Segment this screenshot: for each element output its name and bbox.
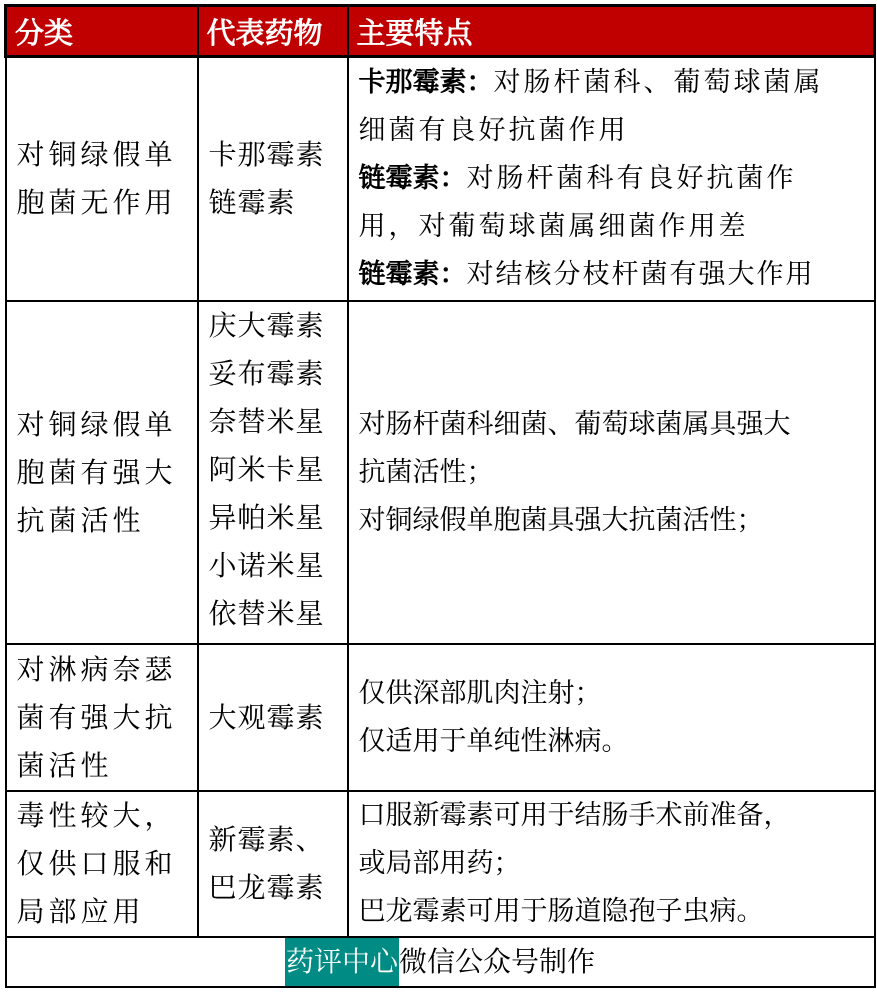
feature-text: 对结核分枝杆菌有强大作用 <box>467 259 815 290</box>
features-cell: 卡那霉素：对肠杆菌科、葡萄球菌属 细菌有良好抗菌作用 链霉素：对肠杆菌科有良好抗… <box>348 57 875 302</box>
category-line: 局部应用 <box>17 888 197 936</box>
feature-text: 对肠杆菌科细菌、葡萄球菌属具强大 <box>359 401 874 449</box>
feature-text: 巴龙霉素可用于肠道隐孢子虫病。 <box>359 888 874 936</box>
drugs-cell: 庆大霉素 妥布霉素 奈替米星 阿米卡星 异帕米星 小诺米星 依替米星 <box>198 301 348 644</box>
drug-name: 新霉素、 <box>209 816 347 864</box>
drugs-cell: 卡那霉素 链霉素 <box>198 57 348 302</box>
category-cell: 对淋病奈瑟 菌有强大抗 菌活性 <box>6 644 198 791</box>
features-cell: 口服新霉素可用于结肠手术前准备， 或局部用药； 巴龙霉素可用于肠道隐孢子虫病。 <box>348 791 875 937</box>
drug-name: 庆大霉素 <box>209 302 347 350</box>
feature-text: 细菌有良好抗菌作用 <box>359 115 629 146</box>
header-features: 主要特点 <box>348 6 875 57</box>
category-line: 胞菌有强大 <box>17 449 197 497</box>
feature-line: 链霉素：对结核分枝杆菌有强大作用 <box>359 251 874 299</box>
drug-name: 异帕米星 <box>209 494 347 542</box>
feature-line: 卡那霉素：对肠杆菌科、葡萄球菌属 <box>359 59 874 107</box>
footer-credit-text: 微信公众号制作 <box>399 938 595 986</box>
drug-name: 依替米星 <box>209 590 347 638</box>
category-line: 对淋病奈瑟 <box>17 646 197 694</box>
drugs-cell: 新霉素、 巴龙霉素 <box>198 791 348 937</box>
feature-line: 细菌有良好抗菌作用 <box>359 107 874 155</box>
drug-name: 小诺米星 <box>209 542 347 590</box>
header-drugs: 代表药物 <box>198 6 348 57</box>
category-line: 菌活性 <box>17 742 197 790</box>
feature-line: 链霉素：对肠杆菌科有良好抗菌作 <box>359 155 874 203</box>
category-line: 胞菌无作用 <box>17 179 197 227</box>
category-line: 对铜绿假单 <box>17 131 197 179</box>
feature-label: 链霉素： <box>359 259 467 290</box>
feature-text: 用，对葡萄球菌属细菌作用差 <box>359 211 749 242</box>
category-line: 抗菌活性 <box>17 497 197 545</box>
feature-text: 对肠杆菌科有良好抗菌作 <box>467 163 797 194</box>
category-cell: 毒性较大， 仅供口服和 局部应用 <box>6 791 198 937</box>
drug-name: 巴龙霉素 <box>209 864 347 912</box>
table-footer-row: 药评中心微信公众号制作 <box>6 937 875 987</box>
category-line: 菌有强大抗 <box>17 694 197 742</box>
category-line: 仅供口服和 <box>17 840 197 888</box>
features-cell: 对肠杆菌科细菌、葡萄球菌属具强大 抗菌活性； 对铜绿假单胞菌具强大抗菌活性； <box>348 301 875 644</box>
drug-name: 链霉素 <box>209 179 347 227</box>
document-frame: 分类 代表药物 主要特点 对铜绿假单 胞菌无作用 卡那霉素 链霉素 卡那霉素：对… <box>4 4 873 996</box>
category-line: 毒性较大， <box>17 792 197 840</box>
feature-label: 卡那霉素： <box>359 67 494 98</box>
category-cell: 对铜绿假单 胞菌无作用 <box>6 57 198 302</box>
table-row: 毒性较大， 仅供口服和 局部应用 新霉素、 巴龙霉素 口服新霉素可用于结肠手术前… <box>6 791 875 937</box>
category-line: 对铜绿假单 <box>17 401 197 449</box>
footer-credit: 药评中心微信公众号制作 <box>6 937 875 987</box>
feature-line: 用，对葡萄球菌属细菌作用差 <box>359 203 874 251</box>
feature-text: 对铜绿假单胞菌具强大抗菌活性； <box>359 497 874 545</box>
footer-brand-highlight: 药评中心 <box>285 938 399 986</box>
drug-name: 奈替米星 <box>209 398 347 446</box>
feature-text: 抗菌活性； <box>359 449 874 497</box>
table-row: 对铜绿假单 胞菌无作用 卡那霉素 链霉素 卡那霉素：对肠杆菌科、葡萄球菌属 细菌… <box>6 57 875 302</box>
drug-name: 阿米卡星 <box>209 446 347 494</box>
feature-text: 口服新霉素可用于结肠手术前准备， <box>359 792 874 840</box>
drug-name: 妥布霉素 <box>209 350 347 398</box>
header-category: 分类 <box>6 6 198 57</box>
category-cell: 对铜绿假单 胞菌有强大 抗菌活性 <box>6 301 198 644</box>
feature-text: 对肠杆菌科、葡萄球菌属 <box>494 67 824 98</box>
table-row: 对铜绿假单 胞菌有强大 抗菌活性 庆大霉素 妥布霉素 奈替米星 阿米卡星 异帕米… <box>6 301 875 644</box>
feature-text: 或局部用药； <box>359 840 874 888</box>
feature-text: 仅适用于单纯性淋病。 <box>359 718 874 766</box>
table-header-row: 分类 代表药物 主要特点 <box>6 6 875 57</box>
table-row: 对淋病奈瑟 菌有强大抗 菌活性 大观霉素 仅供深部肌肉注射； 仅适用于单纯性淋病… <box>6 644 875 791</box>
feature-label: 链霉素： <box>359 163 467 194</box>
aminoglycoside-classification-table: 分类 代表药物 主要特点 对铜绿假单 胞菌无作用 卡那霉素 链霉素 卡那霉素：对… <box>4 4 876 988</box>
drug-name: 大观霉素 <box>209 694 347 742</box>
drug-name: 卡那霉素 <box>209 131 347 179</box>
features-cell: 仅供深部肌肉注射； 仅适用于单纯性淋病。 <box>348 644 875 791</box>
feature-text: 仅供深部肌肉注射； <box>359 670 874 718</box>
drugs-cell: 大观霉素 <box>198 644 348 791</box>
